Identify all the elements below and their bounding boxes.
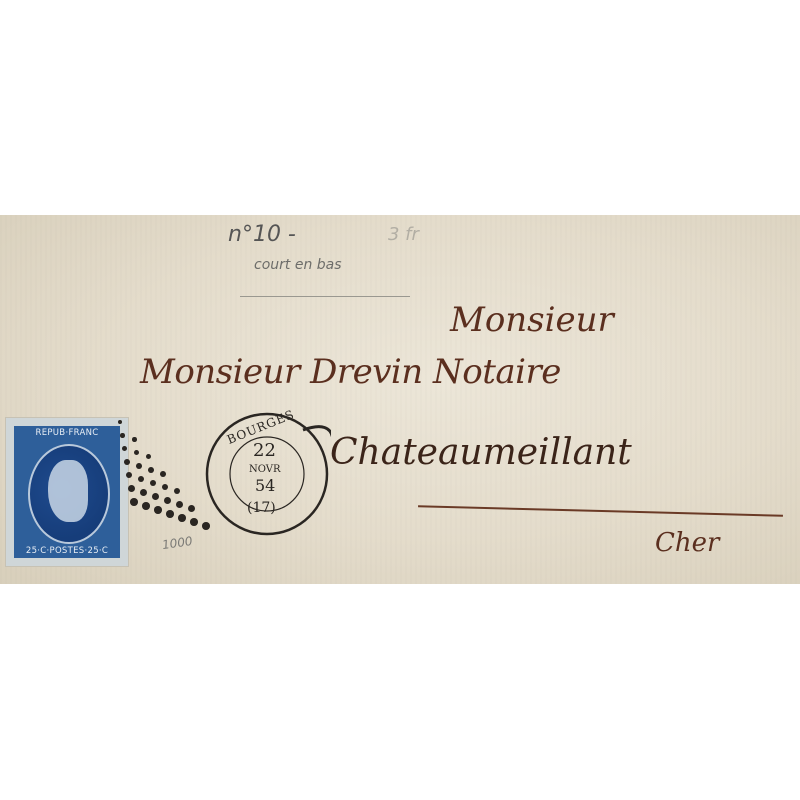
address-line-2: Monsieur Drevin Notaire: [140, 352, 561, 392]
cancel-dot: [176, 501, 183, 508]
portrait-head-icon: [48, 460, 88, 522]
cancel-dot: [148, 467, 154, 473]
postmark-day: 22: [253, 440, 276, 461]
cancel-dot: [152, 493, 159, 500]
pencil-note-number: n°10 -: [228, 222, 296, 247]
cancel-dot: [132, 437, 137, 442]
cancel-dot: [188, 505, 195, 512]
address-line-1: Monsieur: [450, 300, 614, 340]
pencil-note-faint: 3 fr: [388, 224, 419, 245]
stamp-portrait: [28, 444, 110, 544]
pencil-underline: [240, 296, 410, 297]
cancel-dot: [134, 450, 139, 455]
cancel-dot: [154, 506, 162, 514]
cancel-dot: [140, 489, 147, 496]
lozenge-cancellation: [118, 420, 198, 530]
cancel-dot: [190, 518, 198, 526]
cancel-dot: [120, 433, 125, 438]
cancel-dot: [160, 471, 166, 477]
stamp-top-text: REPUB·FRANC: [14, 426, 120, 440]
cancel-dot: [118, 420, 122, 424]
cancel-dot: [136, 463, 142, 469]
cancel-dot: [130, 498, 138, 506]
cancel-dot: [124, 459, 130, 465]
cancel-dot: [146, 454, 151, 459]
postmark-year: 54: [255, 476, 275, 495]
cancel-dot: [126, 472, 132, 478]
postmark: BOURGES 22 NOVR 54 (17): [203, 410, 331, 538]
cancel-dot: [166, 510, 174, 518]
stamp-bottom-text: 25·C·POSTES·25·C: [14, 544, 120, 558]
cancel-dot: [128, 485, 135, 492]
pencil-note-court: court en bas: [254, 257, 342, 273]
postage-stamp: REPUB·FRANC 25·C·POSTES·25·C: [6, 418, 128, 566]
address-line-4: Cher: [655, 528, 719, 558]
address-line-3: Chateaumeillant: [330, 432, 632, 473]
cancel-dot: [162, 484, 168, 490]
cancel-dot: [138, 476, 144, 482]
postmark-month: NOVR: [249, 464, 281, 475]
postmark-dept: (17): [247, 500, 276, 516]
cancel-dot: [142, 502, 150, 510]
cancel-dot: [150, 480, 156, 486]
cancel-dot: [178, 514, 186, 522]
cancel-dot: [122, 446, 127, 451]
cancel-dot: [164, 497, 171, 504]
cancel-dot: [174, 488, 180, 494]
